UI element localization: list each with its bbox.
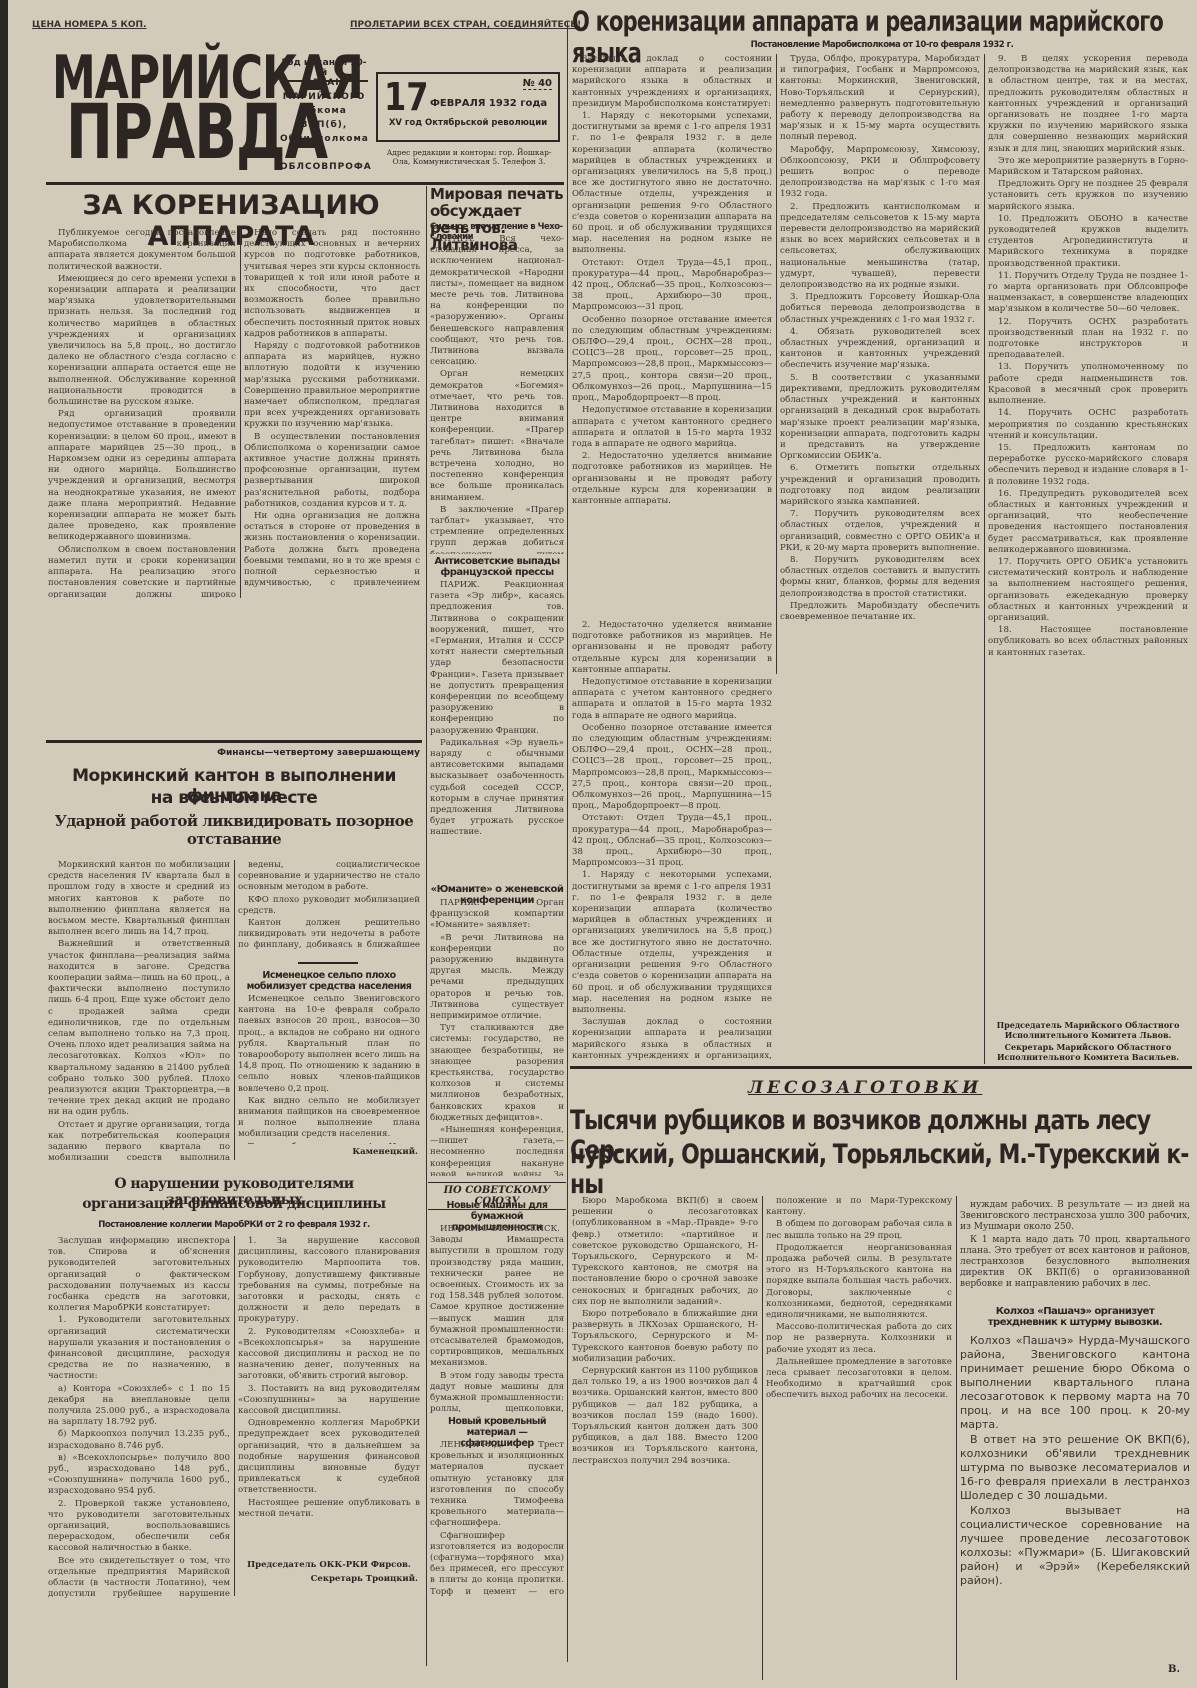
- paragraph: Ни одна организация не должна остаться в…: [244, 511, 420, 588]
- paragraph: 1. Наряду с некоторыми успехами, достигн…: [572, 111, 772, 257]
- paragraph: 2. Недостаточно уделяется внимание подго…: [572, 620, 772, 676]
- date-box: 17 № 40 ФЕВРАЛЯ 1932 года XV год Октябрь…: [376, 72, 560, 142]
- address: Адрес редакции и конторы: гор. Йошкар-Ол…: [380, 148, 558, 166]
- world-press-body-4: ИВАНОВО-ВОЗНЕСЕНСК. Заводы Ивмашреста вы…: [430, 1224, 564, 1414]
- paragraph: 14. Поручить ОСНС разработать мероприяти…: [988, 408, 1188, 442]
- violations-subtitle: Постановление коллегии МаробРКИ от 2 го …: [46, 1220, 422, 1230]
- column-rule: [762, 1196, 763, 1680]
- paragraph: «В речи Литвинова на конференции по разо…: [430, 933, 564, 1023]
- paragraph: Важнейший и ответственный участок финпла…: [48, 939, 230, 1118]
- logging-column-1: Бюро Маробкома ВКП(б) в своем решении о …: [572, 1196, 758, 1680]
- paragraph: в) «Всекохлопсырье» получило 800 руб., и…: [48, 1453, 230, 1498]
- paragraph: 18. Настоящее постановление опубликовать…: [988, 625, 1188, 659]
- paragraph: 2. Предложить кантисполкомам и председат…: [780, 202, 980, 292]
- finance-column-1: Моркинский кантон по мобилизации средств…: [48, 860, 230, 1160]
- paragraph: Радикальная «Эр нувель» наряду с обычным…: [430, 738, 564, 839]
- paragraph: ПАРИЖ. Орган французской компартии «Юман…: [430, 898, 564, 932]
- world-press-body-2: ПАРИЖ. Реакционная газета «Эр либр», кас…: [430, 580, 564, 880]
- finance-column-2: ведены, социалистическое соревнование и …: [238, 860, 420, 950]
- paragraph: «Нынешняя конференция,—пишет газета,—нес…: [430, 1125, 564, 1176]
- column-rule: [234, 1236, 235, 1596]
- finance-subhead: Исменецкое сельпо плохо мобилизует средс…: [238, 970, 420, 992]
- paragraph: В ответ на это решение ОК ВКП(б), колхоз…: [960, 1433, 1190, 1503]
- paragraph: В этом году заводы треста дадут новые ма…: [430, 1371, 564, 1414]
- paragraph: 1. Руководители заготовительных организа…: [48, 1315, 230, 1382]
- world-press-subhead-2: Антисоветские выпады французской прессы: [430, 556, 564, 578]
- resolution-subtitle: Постановление Маробисполкома от 10-го фе…: [572, 40, 1192, 50]
- resolution-column-1-continued: 2. Недостаточно уделяется внимание подго…: [572, 620, 772, 1060]
- paragraph: Бюро потребовало в ближайшие дни разверн…: [572, 1309, 758, 1365]
- paragraph: Отстает и другие организации, тогда как …: [48, 1120, 230, 1160]
- paragraph: Ряд организаций проявили недопустимое от…: [48, 409, 236, 543]
- paragraph: ведены, социалистическое соревнование и …: [238, 860, 420, 894]
- revolution-year: XV год Октябрьской революции: [378, 118, 558, 128]
- paragraph: 6. Отметить попытки отдельных учреждений…: [780, 463, 980, 508]
- paragraph: 17. Поручить ОРГО ОБИК'а установить сист…: [988, 557, 1188, 624]
- paragraph: Тут сталкиваются две системы: государств…: [430, 1023, 564, 1124]
- paragraph: Недопустимое отставание в коренизации ап…: [572, 405, 772, 450]
- paragraph: 15. Предложить кантонам по переработке р…: [988, 443, 1188, 488]
- paragraph: Заслушав информацию инспектора тов. Спир…: [48, 1236, 230, 1314]
- paragraph: Предложить Маробиздату обеспечить своевр…: [780, 601, 980, 623]
- paragraph: Особенно позорное отставание имеется по …: [572, 315, 772, 405]
- logging-title-line2: нурский, Оршанский, Торьяльский, М.-Туре…: [570, 1140, 1192, 1200]
- paragraph: В осуществлении постановления Облисполко…: [244, 432, 420, 510]
- column-rule: [776, 54, 777, 674]
- divider: [570, 1066, 1192, 1069]
- violations-column-1: Заслушав информацию инспектора тов. Спир…: [48, 1236, 230, 1598]
- paragraph: 2. Проверкой также установлено, что руко…: [48, 1499, 230, 1555]
- paragraph: 1. Наряду с некоторыми успехами, достигн…: [572, 870, 772, 1016]
- paragraph: ПАРИЖ. Реакционная газета «Эр либр», кас…: [430, 580, 564, 737]
- editorial-column-2: Надо создать ряд постоянно действующих о…: [244, 228, 420, 588]
- newspaper-page: ЦЕНА НОМЕРА 5 КОП. ПРОЛЕТАРИИ ВСЕХ СТРАН…: [8, 0, 1197, 1688]
- paragraph: 8. Поручить руководителям всех областных…: [780, 555, 980, 600]
- logging-column-2: положение и по Мари-Турекскому кантону.В…: [766, 1196, 952, 1680]
- paragraph: 12. Поручить ОСНХ разработать производст…: [988, 317, 1188, 362]
- divider: [298, 962, 358, 964]
- paragraph: Продолжается неорганизованная продажа ра…: [766, 1243, 952, 1321]
- paragraph: нуждам рабочих. В результате — из дней н…: [960, 1200, 1190, 1234]
- column-rule: [567, 22, 568, 1662]
- paragraph: Сернурский кантон из 1100 рубщиков дал т…: [572, 1366, 758, 1467]
- divider: [46, 740, 422, 743]
- paragraph: 10. Предложить ОБОНО в качестве руководи…: [988, 214, 1188, 270]
- paragraph: Исменецкое сельпо Звениговского кантона …: [238, 994, 420, 1095]
- paragraph: Сфагношифер изготовляется из водоросли (…: [430, 1531, 564, 1600]
- column-rule: [956, 1196, 957, 1680]
- violations-signature-chair: Председатель ОКК-РКИ Фирсов.: [238, 1560, 420, 1570]
- violations-title-line2: организаций финансовой дисциплины: [46, 1196, 422, 1212]
- organ-line: Облисполкома: [280, 132, 368, 146]
- world-press-body: ПРАГА. Вся чехо-словацкая пресса, за иск…: [430, 234, 564, 554]
- column-rule: [984, 54, 985, 1064]
- logging-subhead: Колхоз «Пашачэ» организует трехдневник к…: [960, 1306, 1190, 1328]
- world-press-body-5: ЛЕНИНГРАД. Трест кровельных и изоляционн…: [430, 1440, 564, 1600]
- paragraph: 3. Поставить на вид руководителям «Союзп…: [238, 1384, 420, 1418]
- paragraph: Труда, Облфо, прокуратура, Маробиздат и …: [780, 54, 980, 144]
- logging-signature: В.: [1168, 1664, 1180, 1675]
- paragraph: Бюро Маробкома ВКП(б) в своем решении о …: [572, 1196, 758, 1308]
- resolution-column-3: 9. В целях ускорения перевода делопроизв…: [988, 54, 1188, 1014]
- paragraph: Кантон должен решительно ликвидировать э…: [238, 918, 420, 950]
- paragraph: Имеющиеся до сего времени успехи в корен…: [48, 274, 236, 408]
- paragraph: 11. Поручить Отделу Труда не позднее 1-г…: [988, 271, 1188, 316]
- resolution-signature-chair: Председатель Марийского Областного Испол…: [988, 1020, 1188, 1040]
- paragraph: а) Контора «Союзхлеб» с 1 по 15 декабря …: [48, 1384, 230, 1429]
- paragraph: Облисполком в своем постановлении намети…: [48, 545, 236, 598]
- paragraph: 4. Обязать руководителей всех областных …: [780, 327, 980, 372]
- paragraph: Так работать нельзя! Нужно Исменецкому с…: [238, 1142, 420, 1144]
- paragraph: Все это свидетельствует о том, что отдел…: [48, 1556, 230, 1598]
- paragraph: Предложить Оргу не позднее 25 февраля ус…: [988, 179, 1188, 213]
- paragraph: положение и по Мари-Турекскому кантону.: [766, 1196, 952, 1218]
- paragraph: ЛЕНИНГРАД. Трест кровельных и изоляционн…: [430, 1440, 564, 1530]
- paragraph: Особенно позорное отставание имеется по …: [572, 723, 772, 813]
- column-rule: [234, 860, 235, 1160]
- finance-signature: Каменецкий.: [238, 1147, 418, 1157]
- violations-column-2: 1. За нарушение кассовой дисциплины, кас…: [238, 1236, 420, 1552]
- paragraph: Массово-политическая работа до сих пор н…: [766, 1322, 952, 1356]
- organ-line: ОРГАН: [280, 76, 368, 90]
- paragraph: Как видно сельпо не мобилизует внимания …: [238, 1096, 420, 1141]
- logging-rubric: ЛЕСОЗАГОТОВКИ: [748, 1078, 982, 1098]
- paragraph: ПРАГА. Вся чехо-словацкая пресса, за иск…: [430, 234, 564, 368]
- paragraph: Настоящее решение опубликовать в местной…: [238, 1498, 420, 1520]
- paragraph: 2. Руководителям «Союзхлеба» и «Всекохло…: [238, 1327, 420, 1383]
- paragraph: Недопустимое отставание в коренизации ап…: [572, 677, 772, 722]
- paragraph: В общем по договорам рабочая сила в лес …: [766, 1219, 952, 1241]
- organ-line: Обкома ВКП(б),: [280, 104, 368, 132]
- slogan: ПРОЛЕТАРИИ ВСЕХ СТРАН, СОЕДИНЯЙТЕСЬ!: [350, 20, 581, 30]
- date-day: 17: [384, 74, 429, 120]
- paragraph: 5. В соответствии с указанными директива…: [780, 373, 980, 463]
- organ-line: и ОБЛСОВПРОФА: [280, 146, 368, 174]
- finance-subtitle: Ударной работой ликвидировать позорное о…: [46, 812, 422, 848]
- price-label: ЦЕНА НОМЕРА 5 КОП.: [32, 20, 146, 30]
- finance-rubric: Финансы—четвертому завершающему: [188, 748, 420, 758]
- paragraph: Заслушав доклад о состоянии коренизации …: [572, 1017, 772, 1060]
- logging-column-3: нуждам рабочих. В результате — из дней н…: [960, 1200, 1190, 1300]
- paragraph: Отстают: Отдел Труда—45,1 проц., прокура…: [572, 258, 772, 314]
- paragraph: Публикуемое сегодня постановление Мароби…: [48, 228, 236, 273]
- paragraph: Моркинский кантон по мобилизации средств…: [48, 860, 230, 938]
- paragraph: 2. Недостаточно уделяется внимание подго…: [572, 451, 772, 507]
- paragraph: 7. Поручить руководителям всех областных…: [780, 509, 980, 554]
- paragraph: 9. В целях ускорения перевода делопроизв…: [988, 54, 1188, 155]
- paragraph: Это же мероприятие развернуть в Горно-Ма…: [988, 156, 1188, 178]
- resolution-column-1: Заслушав доклад о состоянии коренизации …: [572, 54, 772, 614]
- paragraph: б) Маркоопхоз получил 13.235 руб., израс…: [48, 1429, 230, 1451]
- paragraph: 1. За нарушение кассовой дисциплины, кас…: [238, 1236, 420, 1326]
- paragraph: Заслушав доклад о состоянии коренизации …: [572, 54, 772, 110]
- organ-line: МАРИЙСКОГО: [280, 90, 368, 104]
- paragraph: Дальнейшее промедление в заготовке леса …: [766, 1357, 952, 1402]
- page-binding-edge: [0, 0, 8, 1688]
- paragraph: Одновременно коллегия МаробРКИ предупреж…: [238, 1418, 420, 1496]
- finance-title-line2: на восьмом месте: [46, 788, 422, 808]
- editorial-column-1: Публикуемое сегодня постановление Мароби…: [48, 228, 236, 598]
- violations-signature-secretary: Секретарь Троицкий.: [238, 1574, 418, 1584]
- date-month: ФЕВРАЛЯ 1932 года: [430, 98, 547, 109]
- resolution-column-2: Труда, Облфо, прокуратура, Маробиздат и …: [780, 54, 980, 1054]
- paragraph: 13. Поручить уполномоченному по работе с…: [988, 362, 1188, 407]
- paragraph: 3. Предложить Горсовету Йошкар-Ола добит…: [780, 292, 980, 326]
- resolution-signature-secretary: Секретарь Марийского Областного Исполнит…: [988, 1042, 1188, 1062]
- finance-column-2b: Исменецкое сельпо Звениговского кантона …: [238, 994, 420, 1144]
- column-rule: [426, 186, 427, 1666]
- organ-label: ОРГАНМАРИЙСКОГООбкома ВКП(б),Облисполком…: [280, 76, 368, 174]
- paragraph: К 1 марта надо дать 70 проц. квартальног…: [960, 1235, 1190, 1291]
- issue-number: № 40: [523, 78, 552, 90]
- paragraph: Колхоз «Пашачэ» Нурда-Мучашского района,…: [960, 1334, 1190, 1432]
- paragraph: 16. Предупредить руководителей всех обла…: [988, 489, 1188, 556]
- logging-column-3b: Колхоз «Пашачэ» Нурда-Мучашского района,…: [960, 1334, 1190, 1664]
- paragraph: Орган немецких демократов «Богемия» отме…: [430, 369, 564, 503]
- world-press-body-3: ПАРИЖ. Орган французской компартии «Юман…: [430, 898, 564, 1176]
- paragraph: КФО плохо руководит мобилизацией средств…: [238, 895, 420, 917]
- column-rule: [240, 228, 241, 598]
- paragraph: Отстают: Отдел Труда—45,1 проц., прокура…: [572, 813, 772, 869]
- paragraph: Маробфу, Марпромсоюзу, Химсоюзу, Облкооп…: [780, 145, 980, 201]
- paragraph: ИВАНОВО-ВОЗНЕСЕНСК. Заводы Ивмашреста вы…: [430, 1224, 564, 1370]
- paragraph: В заключение «Прагер тагблат» указывает,…: [430, 505, 564, 554]
- paragraph: Наряду с подготовкой работников аппарата…: [244, 341, 420, 431]
- paragraph: Надо создать ряд постоянно действующих о…: [244, 228, 420, 340]
- paragraph: Колхоз вызывает на социалистическое соре…: [960, 1504, 1190, 1588]
